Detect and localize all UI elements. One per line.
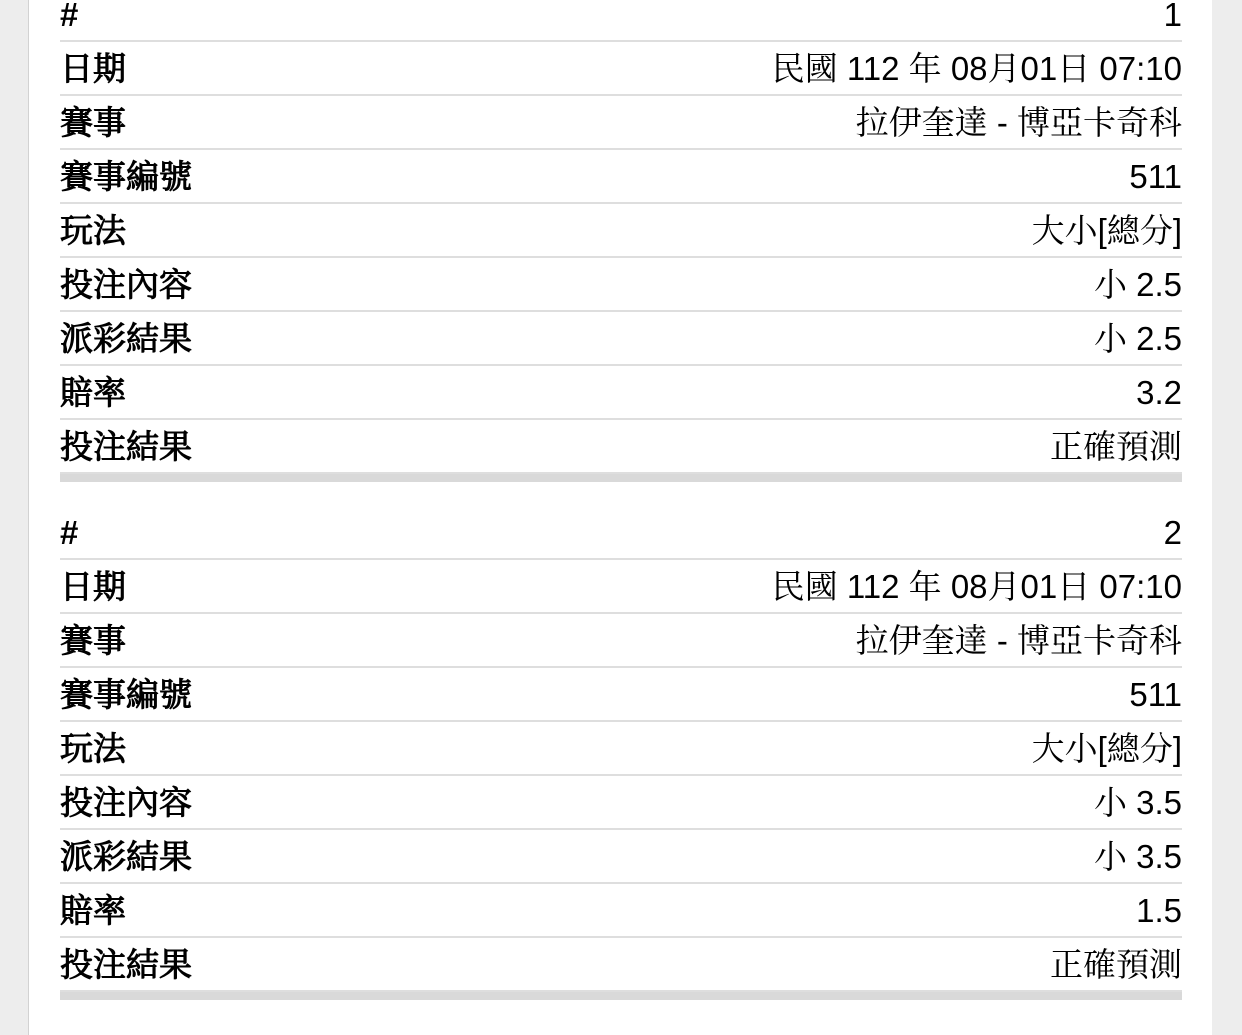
row-label: 賽事編號 [60, 160, 192, 193]
row-label: 賠率 [60, 894, 126, 927]
row-value: 正確預測 [1050, 430, 1182, 463]
row-label: 玩法 [60, 214, 126, 247]
table-row-date: 日期 民國 112 年 08月01日 07:10 [60, 560, 1182, 614]
row-value: 拉伊奎達 - 博亞卡奇科 [856, 106, 1182, 139]
table-row-bet-result: 投注結果 正確預測 [60, 420, 1182, 474]
table-row-date: 日期 民國 112 年 08月01日 07:10 [60, 42, 1182, 96]
row-value: 511 [1129, 678, 1182, 711]
row-label: # [60, 516, 78, 549]
row-label: 賽事 [60, 624, 126, 657]
row-value: 2 [1164, 516, 1182, 549]
row-value: 小 3.5 [1094, 840, 1182, 873]
row-label: 投注內容 [60, 786, 192, 819]
table-row-bet-content: 投注內容 小 3.5 [60, 776, 1182, 830]
row-label: 投注結果 [60, 430, 192, 463]
row-value: 1 [1164, 0, 1182, 31]
table-row-odds: 賠率 1.5 [60, 884, 1182, 938]
bet-record-list: # 1 日期 民國 112 年 08月01日 07:10 賽事 拉伊奎達 - 博… [29, 0, 1212, 1000]
row-value: 民國 112 年 08月01日 07:10 [772, 52, 1182, 85]
row-value: 小 2.5 [1094, 268, 1182, 301]
row-label: # [60, 0, 78, 31]
row-value: 正確預測 [1050, 948, 1182, 981]
row-value: 大小[總分] [1032, 214, 1182, 247]
row-label: 派彩結果 [60, 322, 192, 355]
row-label: 日期 [60, 52, 126, 85]
left-gutter [0, 0, 29, 1035]
row-value: 民國 112 年 08月01日 07:10 [772, 570, 1182, 603]
table-row-match-number: 賽事編號 511 [60, 150, 1182, 204]
bet-record-card-1: # 1 日期 民國 112 年 08月01日 07:10 賽事 拉伊奎達 - 博… [60, 0, 1182, 482]
table-row-payout-result: 派彩結果 小 3.5 [60, 830, 1182, 884]
table-row-match-number: 賽事編號 511 [60, 668, 1182, 722]
table-row-payout-result: 派彩結果 小 2.5 [60, 312, 1182, 366]
row-value: 大小[總分] [1032, 732, 1182, 765]
bet-history-page: # 1 日期 民國 112 年 08月01日 07:10 賽事 拉伊奎達 - 博… [0, 0, 1242, 1035]
row-value: 拉伊奎達 - 博亞卡奇科 [856, 624, 1182, 657]
row-label: 投注結果 [60, 948, 192, 981]
row-value: 3.2 [1136, 376, 1182, 409]
row-label: 派彩結果 [60, 840, 192, 873]
table-row-play-type: 玩法 大小[總分] [60, 722, 1182, 776]
table-row-bet-content: 投注內容 小 2.5 [60, 258, 1182, 312]
table-row-index: # 1 [60, 0, 1182, 42]
table-row-match: 賽事 拉伊奎達 - 博亞卡奇科 [60, 614, 1182, 668]
table-row-bet-result: 投注結果 正確預測 [60, 938, 1182, 992]
table-row-match: 賽事 拉伊奎達 - 博亞卡奇科 [60, 96, 1182, 150]
row-value: 小 2.5 [1094, 322, 1182, 355]
row-label: 投注內容 [60, 268, 192, 301]
row-label: 日期 [60, 570, 126, 603]
table-row-odds: 賠率 3.2 [60, 366, 1182, 420]
row-label: 玩法 [60, 732, 126, 765]
card-end-divider-bar [60, 474, 1182, 482]
row-value: 511 [1129, 160, 1182, 193]
row-label: 賽事編號 [60, 678, 192, 711]
table-row-index: # 2 [60, 506, 1182, 560]
row-value: 小 3.5 [1094, 786, 1182, 819]
card-end-divider-bar [60, 992, 1182, 1000]
row-label: 賽事 [60, 106, 126, 139]
row-value: 1.5 [1136, 894, 1182, 927]
right-gutter [1212, 0, 1242, 1035]
table-row-play-type: 玩法 大小[總分] [60, 204, 1182, 258]
row-label: 賠率 [60, 376, 126, 409]
bet-record-card-2: # 2 日期 民國 112 年 08月01日 07:10 賽事 拉伊奎達 - 博… [60, 506, 1182, 1000]
